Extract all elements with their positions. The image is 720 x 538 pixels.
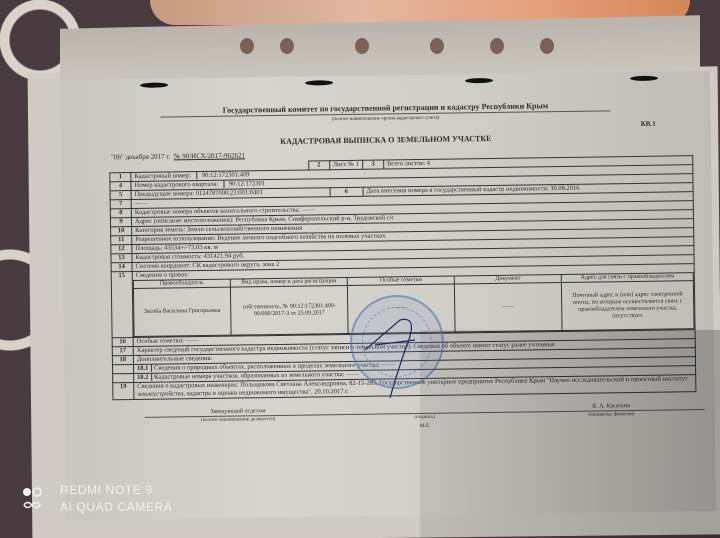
row-label: Кадастровый номер: — [134, 172, 191, 180]
right-registration: собственность, № 90:12:172301:409-90/090… — [230, 286, 348, 336]
punch-mark — [630, 76, 658, 81]
sheet-num-2: 2 — [308, 161, 329, 170]
date-line: "06" декабря 2017 г. № 90/ИСХ/2017-96262… — [111, 151, 245, 161]
punch-mark — [305, 80, 333, 85]
name-note: (инициалы, фамилия) — [518, 410, 705, 420]
punch-mark — [140, 82, 168, 87]
document-title: КАДАСТРОВАЯ ВЫПИСКА О ЗЕМЕЛЬНОМ УЧАСТКЕ — [161, 132, 611, 147]
signature-block: Заведующий отделом В. А. Касаткин (полно… — [145, 401, 705, 433]
sheet-num-3: 3 — [362, 160, 383, 169]
camera-logo-icon — [22, 484, 42, 514]
camera-watermark: REDMI NOTE 9 AI QUAD CAMERA — [22, 482, 172, 516]
watermark-line1: REDMI NOTE 9 — [60, 482, 172, 499]
contact-address: Почтовый адрес и (или) адрес электронной… — [561, 281, 694, 331]
quarter-number: 90:12:172301 — [224, 180, 265, 188]
sign-note: (подпись) — [331, 413, 518, 423]
punch-mark — [465, 78, 493, 83]
signature-mark — [360, 310, 430, 400]
row-label: Номер кадастрового квартала: — [134, 181, 218, 189]
form-code: КВ.1 — [641, 120, 656, 128]
right-holder: Засоба Василина Григорьевна — [133, 287, 231, 336]
sheet-label: Лист № 1 — [329, 160, 362, 169]
watermark-line2: AI QUAD CAMERA — [60, 499, 172, 516]
document-number: № 90/ИСХ/2017-962621 — [174, 151, 245, 160]
cadastral-number: 90:12:172301:409 — [197, 171, 250, 179]
document-ref: —— — [454, 283, 562, 332]
document-date: "06" декабря 2017 г. — [111, 152, 170, 161]
sleeve-holes — [230, 38, 630, 58]
position-note: (полное наименование должности) — [145, 415, 332, 425]
